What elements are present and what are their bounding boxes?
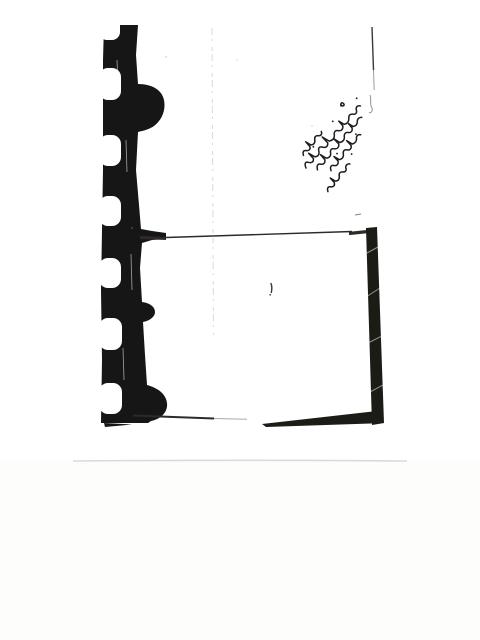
page-edge-line [73, 460, 407, 461]
binding-hole [99, 196, 121, 226]
binding-hole [99, 135, 121, 166]
paper-background [0, 0, 480, 461]
binding-hole [99, 318, 122, 350]
frame-bottom-line-faint [214, 419, 247, 420]
frame-top-thick-tick [140, 238, 166, 239]
binding-hole [99, 12, 120, 40]
speck [236, 59, 238, 61]
scanned-page [0, 0, 480, 640]
speck [165, 56, 167, 58]
speck [131, 227, 133, 229]
frame-corner-stub [349, 232, 368, 234]
scan-image [0, 0, 480, 640]
binding-hole [99, 383, 122, 414]
fold-line-fade [374, 70, 375, 90]
binding-hole [99, 258, 121, 288]
speck [311, 125, 313, 127]
